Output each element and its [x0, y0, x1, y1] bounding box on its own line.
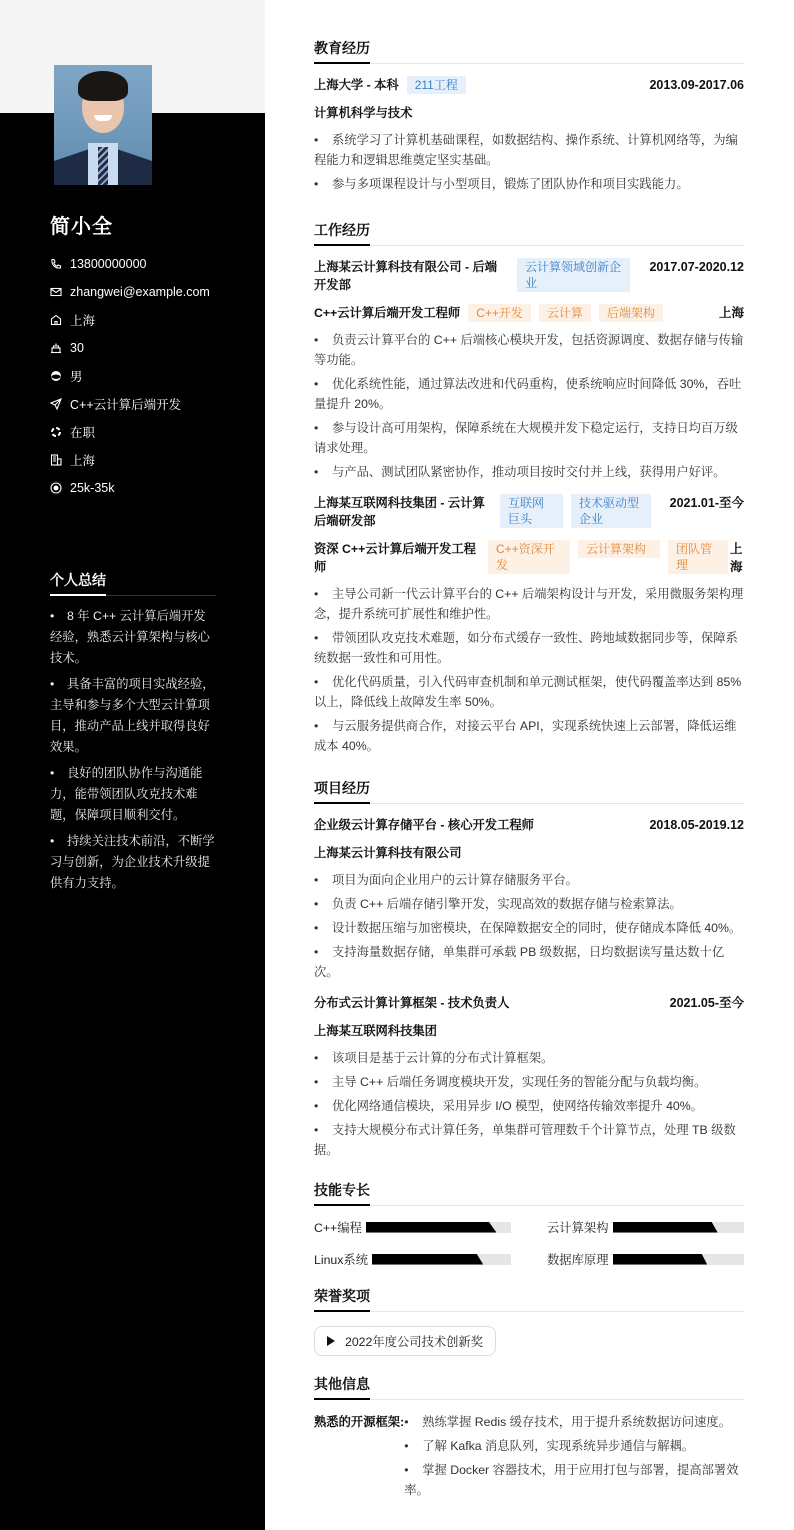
list-item: •掌握 Docker 容器技术，用于应用打包与部署，提高部署效率。: [404, 1460, 744, 1500]
position-tag: C++资深开发: [488, 540, 570, 574]
info-gender: 男: [50, 362, 250, 390]
job-date: 2021.01-至今: [670, 494, 744, 512]
list-item: •参与设计高可用架构，保障系统在大规模并发下稳定运行，支持日均百万级请求处理。: [314, 418, 744, 458]
status-icon: [50, 426, 62, 438]
job-duties: •主导公司新一代云计算平台的 C++ 后端架构设计与开发，采用微服务架构理念，提…: [314, 584, 744, 756]
project-entry: 企业级云计算存储平台 - 核心开发工程师 2018.05-2019.12 上海某…: [314, 816, 744, 982]
skill-item: C++编程: [314, 1218, 511, 1236]
info-job-target: C++云计算后端开发: [50, 390, 250, 418]
list-item: •设计数据压缩与加密模块，在保障数据安全的同时，使存储成本降低 40%。: [314, 918, 744, 938]
other-info-list: •熟练掌握 Redis 缓存技术，用于提升系统数据访问速度。 •了解 Kafka…: [404, 1412, 744, 1504]
project-company: 上海某云计算科技有限公司: [314, 844, 744, 862]
age-text: 30: [70, 341, 84, 355]
list-item: •带领团队攻克技术难题，如分布式缓存一致性、跨地域数据同步等，保障系统数据一致性…: [314, 628, 744, 668]
position: C++云计算后端开发工程师: [314, 304, 460, 322]
email-text: zhangwei@example.com: [70, 285, 210, 299]
info-email: zhangwei@example.com: [50, 278, 250, 306]
list-item: •负责云计算平台的 C++ 后端核心模块开发，包括资源调度、数据存储与传输等功能…: [314, 330, 744, 370]
position-tag: 团队管理: [668, 540, 728, 574]
main-content: 教育经历 上海大学 - 本科 211工程 2013.09-2017.06 计算机…: [314, 38, 744, 1522]
summary-title: 个人总结: [50, 570, 216, 594]
position-tag: 云计算架构: [578, 540, 660, 558]
skill-item: 云计算架构: [547, 1218, 744, 1236]
school-tag: 211工程: [407, 76, 466, 94]
job-target-text: C++云计算后端开发: [70, 395, 181, 413]
summary-item: •8 年 C++ 云计算后端开发经验，熟悉云计算架构与核心技术。: [50, 606, 216, 669]
other-info-row: 熟悉的开源框架: •熟练掌握 Redis 缓存技术，用于提升系统数据访问速度。 …: [314, 1412, 744, 1504]
company-name: 上海某云计算科技有限公司 - 后端开发部: [314, 258, 509, 294]
skill-name: 数据库原理: [547, 1250, 609, 1268]
list-item: •参与多项课程设计与小型项目，锻炼了团队协作和项目实践能力。: [314, 174, 744, 194]
other-info-label: 熟悉的开源框架:: [314, 1412, 404, 1504]
position-tag: 云计算: [539, 304, 591, 322]
summary-list: •8 年 C++ 云计算后端开发经验，熟悉云计算架构与核心技术。 •具备丰富的项…: [50, 606, 216, 894]
list-item: •该项目是基于云计算的分布式计算框架。: [314, 1048, 744, 1068]
project-items: •项目为面向企业用户的云计算存储服务平台。 •负责 C++ 后端存储引擎开发，实…: [314, 870, 744, 982]
project-name: 分布式云计算计算框架 - 技术负责人: [314, 994, 509, 1012]
info-age: 30: [50, 334, 250, 362]
work-city-text: 上海: [70, 451, 95, 469]
triangle-right-icon: [327, 1336, 335, 1346]
work-section: 工作经历 上海某云计算科技有限公司 - 后端开发部 云计算领域创新企业 2017…: [314, 220, 744, 756]
skill-bar: [613, 1222, 745, 1233]
list-item: •项目为面向企业用户的云计算存储服务平台。: [314, 870, 744, 890]
project-company: 上海某互联网科技集团: [314, 1022, 744, 1040]
gender-text: 男: [70, 367, 83, 385]
position: 资深 C++云计算后端开发工程师: [314, 540, 480, 576]
list-item: •系统学习了计算机基础课程，如数据结构、操作系统、计算机网络等，为编程能力和逻辑…: [314, 130, 744, 170]
skills-section: 技能专长 C++编程 云计算架构 Linux系统 数据库原理: [314, 1180, 744, 1268]
position-tag: 后端架构: [599, 304, 663, 322]
skill-item: 数据库原理: [547, 1250, 744, 1268]
info-phone: 13800000000: [50, 250, 250, 278]
info-location: 上海: [50, 306, 250, 334]
company-name: 上海某互联网科技集团 - 云计算后端研发部: [314, 494, 492, 530]
job-date: 2017.07-2020.12: [649, 258, 744, 276]
summary-item: •具备丰富的项目实战经验，主导和参与多个大型云计算项目，推动产品上线并取得良好效…: [50, 674, 216, 758]
location-text: 上海: [70, 311, 95, 329]
list-item: •优化系统性能，通过算法改进和代码重构，使系统响应时间降低 30%，吞吐量提升 …: [314, 374, 744, 414]
company-tag: 技术驱动型企业: [571, 494, 651, 528]
school-name: 上海大学 - 本科: [314, 76, 399, 94]
job-location: 上海: [719, 304, 744, 322]
award-item[interactable]: 2022年度公司技术创新奖: [314, 1326, 496, 1356]
skill-name: Linux系统: [314, 1250, 368, 1268]
major: 计算机科学与技术: [314, 104, 744, 122]
contact-info-list: 13800000000 zhangwei@example.com 上海 30 男…: [50, 250, 250, 502]
salary-icon: [50, 482, 62, 494]
building-icon: [50, 454, 62, 466]
skills-grid: C++编程 云计算架构 Linux系统 数据库原理: [314, 1218, 744, 1268]
list-item: •负责 C++ 后端存储引擎开发，实现高效的数据存储与检索算法。: [314, 894, 744, 914]
mail-icon: [50, 286, 62, 298]
education-list: •系统学习了计算机基础课程，如数据结构、操作系统、计算机网络等，为编程能力和逻辑…: [314, 130, 744, 194]
section-title: 项目经历: [314, 778, 744, 804]
project-date: 2021.05-至今: [670, 994, 744, 1012]
section-title: 教育经历: [314, 38, 744, 64]
info-salary: 25k-35k: [50, 474, 250, 502]
company-tag: 互联网巨头: [500, 494, 563, 528]
list-item: •主导 C++ 后端任务调度模块开发，实现任务的智能分配与负载均衡。: [314, 1072, 744, 1092]
phone-text: 13800000000: [70, 257, 146, 271]
skill-bar: [372, 1254, 511, 1265]
summary-item: •持续关注技术前沿，不断学习与创新，为企业技术升级提供有力支持。: [50, 831, 216, 894]
skill-name: 云计算架构: [547, 1218, 609, 1236]
profile-name: 简小全: [50, 210, 113, 239]
gender-icon: [50, 370, 62, 382]
cake-icon: [50, 342, 62, 354]
list-item: •优化代码质量，引入代码审查机制和单元测试框架，使代码覆盖率达到 85% 以上，…: [314, 672, 744, 712]
section-title: 其他信息: [314, 1374, 744, 1400]
list-item: •支持海量数据存储，单集群可承载 PB 级数据，日均数据读写量达数十亿次。: [314, 942, 744, 982]
award-label: 2022年度公司技术创新奖: [345, 1332, 483, 1350]
salary-text: 25k-35k: [70, 481, 114, 495]
job-location: 上海: [730, 540, 744, 576]
education-section: 教育经历 上海大学 - 本科 211工程 2013.09-2017.06 计算机…: [314, 38, 744, 194]
other-info-section: 其他信息 熟悉的开源框架: •熟练掌握 Redis 缓存技术，用于提升系统数据访…: [314, 1374, 744, 1504]
status-text: 在职: [70, 423, 95, 441]
avatar: [54, 65, 152, 185]
list-item: •支持大规模分布式计算任务，单集群可管理数千个计算节点，处理 TB 级数据。: [314, 1120, 744, 1160]
skill-bar: [613, 1254, 745, 1265]
info-status: 在职: [50, 418, 250, 446]
skill-name: C++编程: [314, 1218, 362, 1236]
position-tag: C++开发: [468, 304, 531, 322]
education-date: 2013.09-2017.06: [649, 76, 744, 94]
info-work-city: 上海: [50, 446, 250, 474]
summary-section: 个人总结 •8 年 C++ 云计算后端开发经验，熟悉云计算架构与核心技术。 •具…: [50, 570, 216, 899]
project-entry: 分布式云计算计算框架 - 技术负责人 2021.05-至今 上海某互联网科技集团…: [314, 994, 744, 1160]
summary-item: •良好的团队协作与沟通能力，能带领团队攻克技术难题，保障项目顺利交付。: [50, 763, 216, 826]
section-title: 工作经历: [314, 220, 744, 246]
project-items: •该项目是基于云计算的分布式计算框架。 •主导 C++ 后端任务调度模块开发，实…: [314, 1048, 744, 1160]
job-duties: •负责云计算平台的 C++ 后端核心模块开发，包括资源调度、数据存储与传输等功能…: [314, 330, 744, 482]
list-item: •了解 Kafka 消息队列，实现系统异步通信与解耦。: [404, 1436, 744, 1456]
section-title: 荣誉奖项: [314, 1286, 744, 1312]
skill-bar: [366, 1222, 511, 1233]
home-icon: [50, 314, 62, 326]
company-tag: 云计算领域创新企业: [517, 258, 630, 292]
list-item: •主导公司新一代云计算平台的 C++ 后端架构设计与开发，采用微服务架构理念，提…: [314, 584, 744, 624]
project-name: 企业级云计算存储平台 - 核心开发工程师: [314, 816, 534, 834]
sidebar: 简小全 13800000000 zhangwei@example.com 上海 …: [0, 0, 265, 1530]
job-entry: 上海某云计算科技有限公司 - 后端开发部 云计算领域创新企业 2017.07-2…: [314, 258, 744, 482]
list-item: •熟练掌握 Redis 缓存技术，用于提升系统数据访问速度。: [404, 1412, 744, 1432]
list-item: •与云服务提供商合作，对接云平台 API，实现系统快速上云部署，降低运维成本 4…: [314, 716, 744, 756]
job-entry: 上海某互联网科技集团 - 云计算后端研发部 互联网巨头 技术驱动型企业 2021…: [314, 494, 744, 756]
section-title: 技能专长: [314, 1180, 744, 1206]
awards-section: 荣誉奖项 2022年度公司技术创新奖: [314, 1286, 744, 1356]
list-item: •与产品、测试团队紧密协作，推动项目按时交付并上线，获得用户好评。: [314, 462, 744, 482]
send-icon: [50, 398, 62, 410]
phone-icon: [50, 258, 62, 270]
list-item: •优化网络通信模块，采用异步 I/O 模型，使网络传输效率提升 40%。: [314, 1096, 744, 1116]
skill-item: Linux系统: [314, 1250, 511, 1268]
project-date: 2018.05-2019.12: [649, 816, 744, 834]
projects-section: 项目经历 企业级云计算存储平台 - 核心开发工程师 2018.05-2019.1…: [314, 778, 744, 1160]
